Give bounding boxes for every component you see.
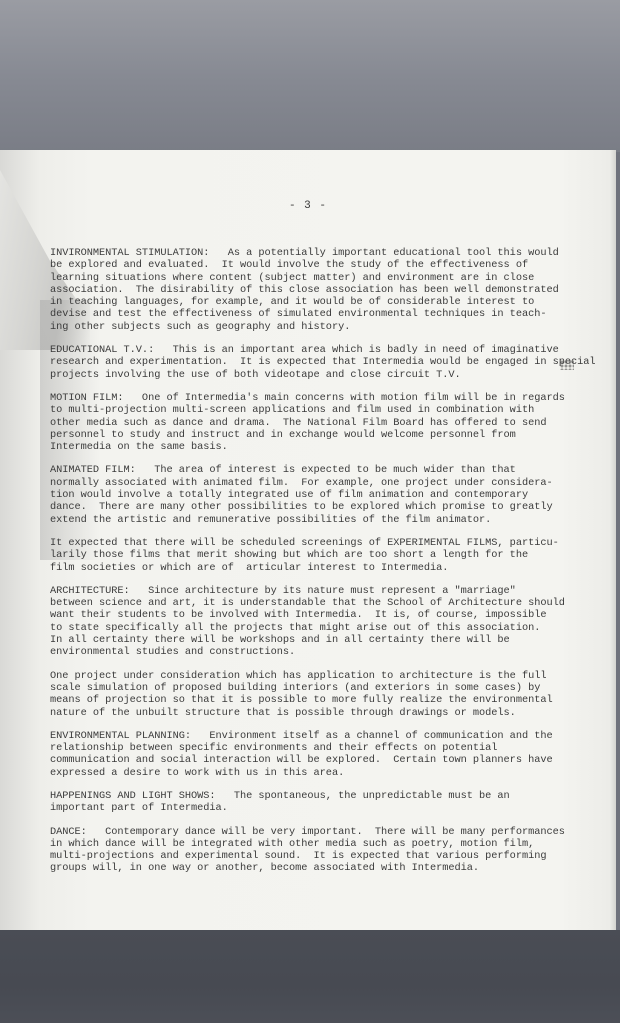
paragraph: ENVIRONMENTAL PLANNING: Environment itse… <box>50 730 590 779</box>
text-line: Intermedia on the same basis. <box>50 441 590 453</box>
text-line: devise and test the effectiveness of sim… <box>50 308 590 320</box>
text-line: want their students to be involved with … <box>50 609 590 621</box>
ink-smudge <box>560 360 574 370</box>
text-line: dance. There are many other possibilitie… <box>50 501 590 513</box>
paragraph: HAPPENINGS AND LIGHT SHOWS: The spontane… <box>50 790 590 815</box>
text-line: multi-projections and experimental sound… <box>50 850 590 862</box>
text-line: scale simulation of proposed building in… <box>50 682 590 694</box>
text-line: In all certainty there will be workshops… <box>50 634 590 646</box>
text-line: relationship between specific environmen… <box>50 742 590 754</box>
text-line: film societies or which are of articular… <box>50 562 590 574</box>
text-line: other media such as dance and drama. The… <box>50 417 590 429</box>
page-number: - 3 - <box>0 200 616 212</box>
text-line: INVIRONMENTAL STIMULATION: As a potentia… <box>50 247 590 259</box>
text-line: expressed a desire to work with us in th… <box>50 767 590 779</box>
text-line: be explored and evaluated. It would invo… <box>50 259 590 271</box>
text-line: ing other subjects such as geography and… <box>50 321 590 333</box>
text-line: association. The disirability of this cl… <box>50 284 590 296</box>
text-line: in teaching languages, for example, and … <box>50 296 590 308</box>
text-line: HAPPENINGS AND LIGHT SHOWS: The spontane… <box>50 790 590 802</box>
text-line: learning situations where content (subje… <box>50 272 590 284</box>
paragraph: DANCE: Contemporary dance will be very i… <box>50 826 590 875</box>
text-line: extend the artistic and remunerative pos… <box>50 514 590 526</box>
text-line: between science and art, it is understan… <box>50 597 590 609</box>
text-line: in which dance will be integrated with o… <box>50 838 590 850</box>
text-line: ENVIRONMENTAL PLANNING: Environment itse… <box>50 730 590 742</box>
text-line: One project under consideration which ha… <box>50 670 590 682</box>
text-line: MOTION FILM: One of Intermedia's main co… <box>50 392 590 404</box>
text-line: research and experimentation. It is expe… <box>50 356 590 368</box>
paragraph: INVIRONMENTAL STIMULATION: As a potentia… <box>50 247 590 333</box>
paragraph: MOTION FILM: One of Intermedia's main co… <box>50 392 590 453</box>
paragraph: It expected that there will be scheduled… <box>50 537 590 574</box>
text-line: to multi-projection multi-screen applica… <box>50 404 590 416</box>
paragraph: EDUCATIONAL T.V.: This is an important a… <box>50 344 590 381</box>
paragraph: One project under consideration which ha… <box>50 670 590 719</box>
text-line: It expected that there will be scheduled… <box>50 537 590 549</box>
paragraph: ARCHITECTURE: Since architecture by its … <box>50 585 590 659</box>
text-line: important part of Intermedia. <box>50 802 590 814</box>
text-line: to state specifically all the projects t… <box>50 622 590 634</box>
document-body: INVIRONMENTAL STIMULATION: As a potentia… <box>50 247 590 886</box>
text-line: personnel to study and instruct and in e… <box>50 429 590 441</box>
scan-background-bottom <box>0 930 620 1023</box>
paragraph: ANIMATED FILM: The area of interest is e… <box>50 464 590 525</box>
text-line: ARCHITECTURE: Since architecture by its … <box>50 585 590 597</box>
text-line: nature of the unbuilt structure that is … <box>50 707 590 719</box>
text-line: projects involving the use of both video… <box>50 369 590 381</box>
text-line: DANCE: Contemporary dance will be very i… <box>50 826 590 838</box>
text-line: ANIMATED FILM: The area of interest is e… <box>50 464 590 476</box>
text-line: communication and social interaction wil… <box>50 754 590 766</box>
scan-background-top <box>0 0 620 152</box>
text-line: EDUCATIONAL T.V.: This is an important a… <box>50 344 590 356</box>
text-line: normally associated with animated film. … <box>50 477 590 489</box>
text-line: larily those films that merit showing bu… <box>50 549 590 561</box>
text-line: groups will, in one way or another, beco… <box>50 862 590 874</box>
text-line: tion would involve a totally integrated … <box>50 489 590 501</box>
text-line: means of projection so that it is possib… <box>50 694 590 706</box>
text-line: environmental studies and constructions. <box>50 646 590 658</box>
